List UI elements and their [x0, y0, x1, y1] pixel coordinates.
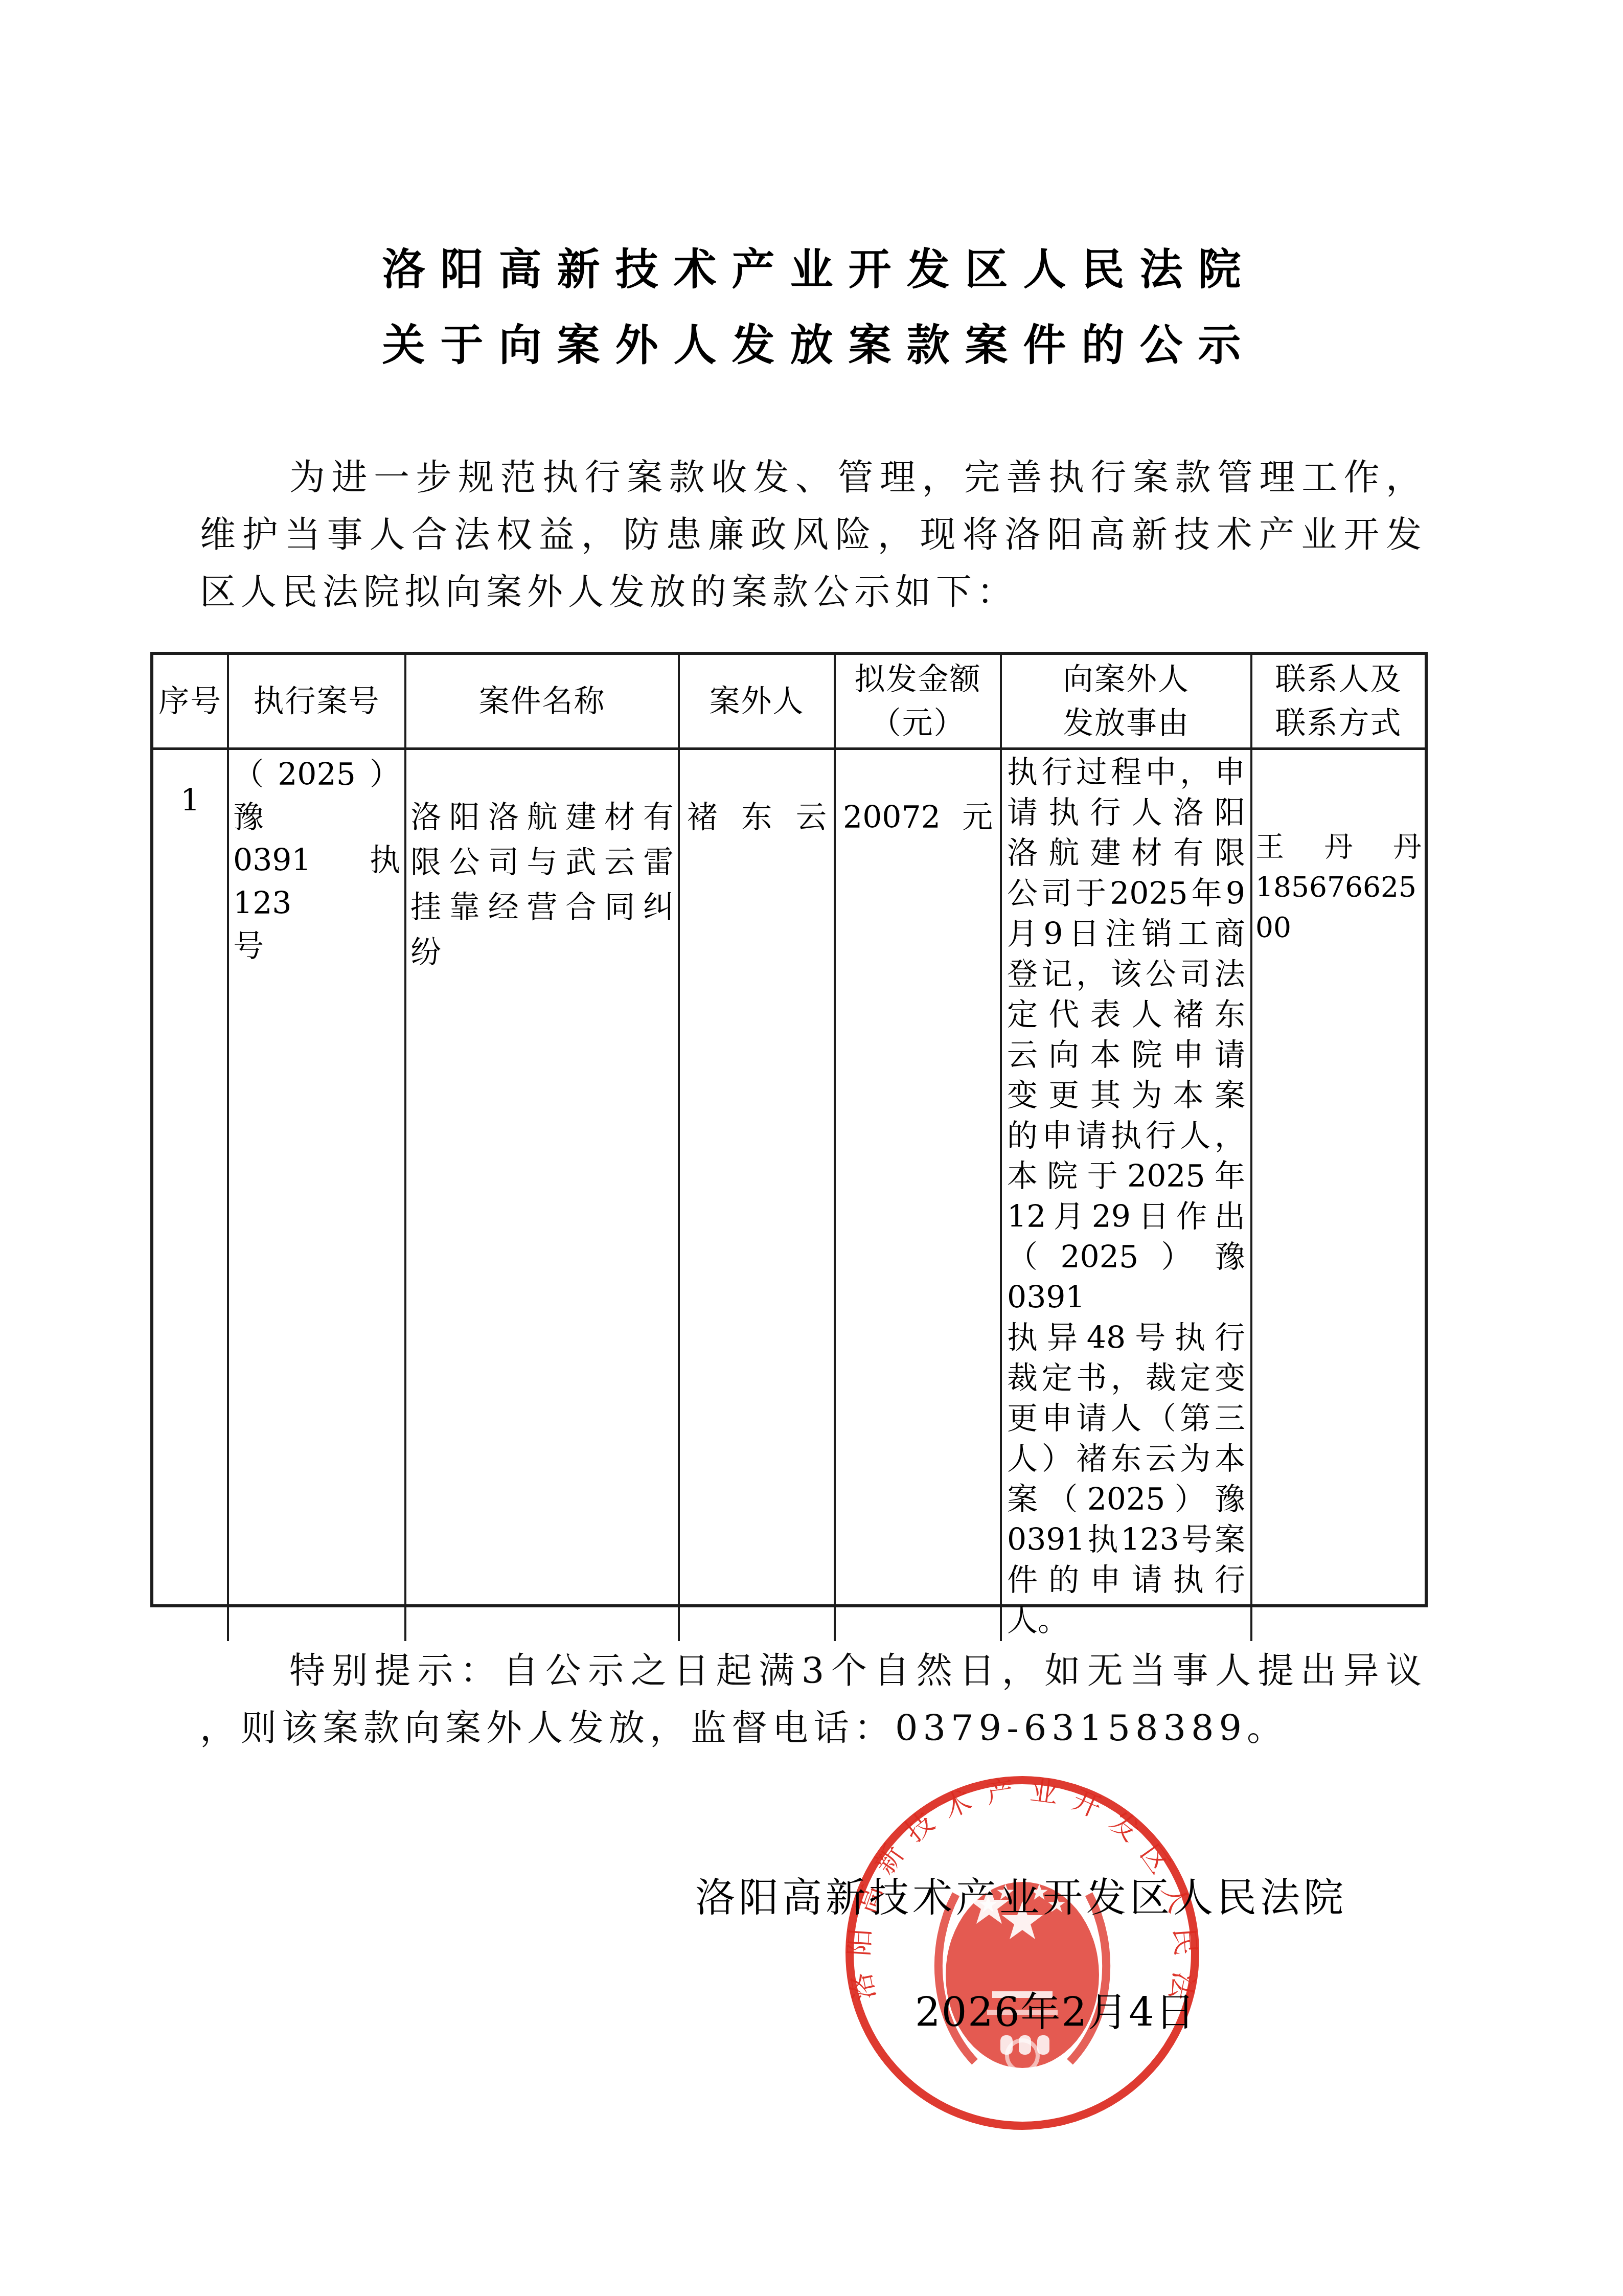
title-line-1: 洛阳高新技术产业开发区人民法院 — [0, 232, 1623, 307]
intro-line: 维护当事人合法权益，防患廉政风险，现将洛阳高新技术产业开发 — [200, 506, 1427, 563]
document-page: 洛阳高新技术产业开发区人民法院 关于向案外人发放案款案件的公示 为进一步规范执行… — [0, 0, 1623, 2296]
cell-case-name: 洛阳洛航建材有 限公司与武云雷 挂靠经营合同纠 纷 — [406, 750, 680, 1641]
notice-paragraph: 特别提示：自公示之日起满3个自然日，如无当事人提出异议 ，则该案款向案外人发放，… — [200, 1642, 1427, 1757]
contact-name: 王丹丹 — [1255, 827, 1422, 867]
cell-reason: 执行过程中，申 请执行人洛阳 洛航建材有限 公司于2025年9 月9日注销工商 … — [1002, 750, 1252, 1641]
page-title: 洛阳高新技术产业开发区人民法院 关于向案外人发放案款案件的公示 — [0, 232, 1623, 383]
col-header-case-no: 执行案号 — [229, 655, 406, 750]
signature-date: 2026年2月4日 — [915, 1990, 1196, 2036]
col-header-contact: 联系人及 联系方式 — [1252, 655, 1425, 750]
intro-line: 为进一步规范执行案款收发、管理，完善执行案款管理工作， — [200, 449, 1427, 506]
col-header-amount: 拟发金额 （元） — [836, 655, 1002, 750]
title-line-2: 关于向案外人发放案款案件的公示 — [0, 307, 1623, 383]
notice-line: 特别提示：自公示之日起满3个自然日，如无当事人提出异议 — [200, 1642, 1427, 1699]
col-header-seq: 序号 — [153, 655, 229, 750]
cell-amount: 20072元 — [836, 750, 1002, 1641]
cases-table: 序号 执行案号 案件名称 案外人 拟发金额 （元） 向案外人 发放事由 联系人及… — [150, 652, 1428, 1607]
intro-paragraph: 为进一步规范执行案款收发、管理，完善执行案款管理工作， 维护当事人合法权益，防患… — [200, 449, 1427, 621]
notice-line: ，则该案款向案外人发放，监督电话：0379-63158389。 — [200, 1699, 1427, 1757]
contact-phone: 18567662500 — [1255, 867, 1422, 948]
col-header-outsider: 案外人 — [680, 655, 836, 750]
cell-contact: 王丹丹 18567662500 — [1252, 750, 1425, 1641]
cell-seq: 1 — [153, 750, 229, 1641]
col-header-case-name: 案件名称 — [406, 655, 680, 750]
intro-line: 区人民法院拟向案外人发放的案款公示如下： — [200, 563, 1427, 621]
col-header-reason: 向案外人 发放事由 — [1002, 655, 1252, 750]
court-seal: 洛阳高新技术产业开发区人民法院 — [841, 1771, 1204, 2134]
cell-case-no: （2025）豫 0391执123 号 — [229, 750, 406, 1641]
cell-outsider: 褚东云 — [680, 750, 836, 1641]
signature-court-name: 洛阳高新技术产业开发区人民法院 — [695, 1875, 1347, 1921]
